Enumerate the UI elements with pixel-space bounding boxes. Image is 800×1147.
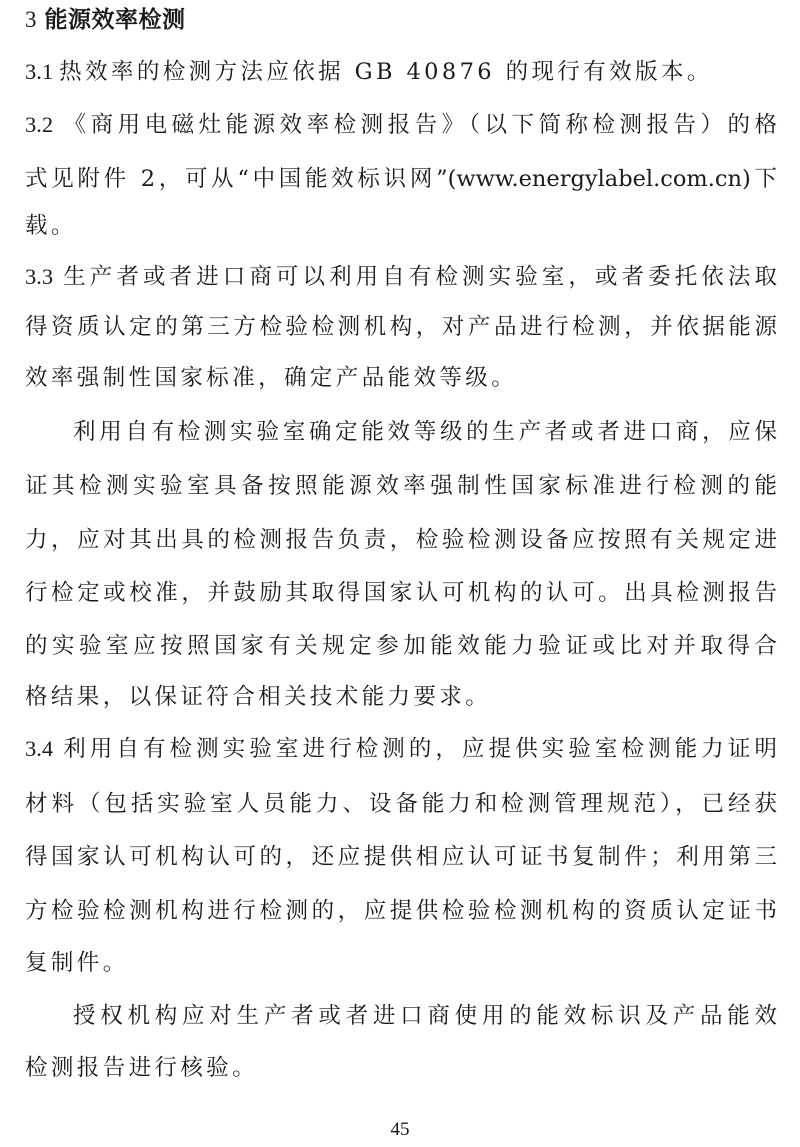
page-number: 45 bbox=[0, 1118, 800, 1142]
clause-text: 载。 bbox=[25, 213, 77, 239]
clause-number: 3.2 bbox=[25, 112, 53, 137]
clause-3-2-line-2: 式见附件 2，可从“中国能效标识网”(www.energylabel.com.c… bbox=[25, 161, 777, 197]
clause-3-3-line-1: 3.3生产者或者进口商可以利用自有检测实验室，或者委托依法取 bbox=[25, 259, 777, 295]
paragraph-self-lab-line-4: 行检定或校准，并鼓励其取得国家认可机构的认可。出具检测报告 bbox=[25, 575, 777, 611]
clause-3-4-line-5: 复制件。 bbox=[25, 945, 777, 981]
paragraph-self-lab-line-1: 利用自有检测实验室确定能效等级的生产者或者进口商，应保 bbox=[73, 414, 777, 450]
document-page: 3能源效率检测 3.1热效率的检测方法应依据 GB 40876 的现行有效版本。… bbox=[0, 0, 800, 1147]
paragraph-text: 证其检测实验室具备按照能源效率强制性国家标准进行检测的能 bbox=[25, 473, 777, 499]
clause-3-3-line-3: 效率强制性国家标准，确定产品能效等级。 bbox=[25, 360, 777, 396]
paragraph-text: 利用自有检测实验室确定能效等级的生产者或者进口商，应保 bbox=[73, 419, 777, 445]
clause-number: 3.1 bbox=[25, 59, 53, 84]
clause-3-4-line-1: 3.4利用自有检测实验室进行检测的，应提供实验室检测能力证明 bbox=[25, 731, 777, 767]
clause-text: 得国家认可机构认可的，还应提供相应认可证书复制件；利用第三 bbox=[25, 844, 777, 870]
paragraph-text: 授权机构应对生产者或者进口商使用的能效标识及产品能效 bbox=[73, 1003, 777, 1029]
paragraph-text: 检测报告进行核验。 bbox=[25, 1055, 258, 1081]
clause-3-1: 3.1热效率的检测方法应依据 GB 40876 的现行有效版本。 bbox=[25, 54, 777, 90]
clause-text: 材料（包括实验室人员能力、设备能力和检测管理规范），已经获 bbox=[25, 791, 777, 817]
clause-3-4-line-3: 得国家认可机构认可的，还应提供相应认可证书复制件；利用第三 bbox=[25, 839, 777, 875]
clause-3-2-line-1: 3.2《商用电磁灶能源效率检测报告》（以下简称检测报告）的格 bbox=[25, 107, 777, 143]
clause-text: 式见附件 2，可从“中国能效标识网”(www.energylabel.com.c… bbox=[25, 166, 777, 192]
paragraph-self-lab-line-6: 格结果，以保证符合相关技术能力要求。 bbox=[25, 679, 777, 715]
clause-3-4-line-2: 材料（包括实验室人员能力、设备能力和检测管理规范），已经获 bbox=[25, 786, 777, 822]
paragraph-verification-line-1: 授权机构应对生产者或者进口商使用的能效标识及产品能效 bbox=[73, 998, 777, 1034]
section-title: 能源效率检测 bbox=[45, 7, 186, 33]
clause-text: 复制件。 bbox=[25, 950, 129, 976]
clause-text: 利用自有检测实验室进行检测的，应提供实验室检测能力证明 bbox=[59, 736, 777, 762]
clause-text: 效率强制性国家标准，确定产品能效等级。 bbox=[25, 365, 517, 391]
paragraph-text: 行检定或校准，并鼓励其取得国家认可机构的认可。出具检测报告 bbox=[25, 580, 777, 606]
clause-number: 3.4 bbox=[25, 736, 53, 761]
clause-text: 生产者或者进口商可以利用自有检测实验室，或者委托依法取 bbox=[59, 264, 777, 290]
paragraph-self-lab-line-3: 力，应对其出具的检测报告负责，检验检测设备应按照有关规定进 bbox=[25, 522, 777, 558]
clause-text: 得资质认定的第三方检验检测机构，对产品进行检测，并依据能源 bbox=[25, 314, 777, 340]
clause-3-4-line-4: 方检验检测机构进行检测的，应提供检验检测机构的资质认定证书 bbox=[25, 893, 777, 929]
paragraph-text: 的实验室应按照国家有关规定参加能效能力验证或比对并取得合 bbox=[25, 633, 777, 659]
clause-text: 《商用电磁灶能源效率检测报告》（以下简称检测报告）的格 bbox=[59, 112, 777, 138]
paragraph-self-lab-line-5: 的实验室应按照国家有关规定参加能效能力验证或比对并取得合 bbox=[25, 628, 777, 664]
section-heading: 3能源效率检测 bbox=[25, 2, 186, 38]
clause-text: 热效率的检测方法应依据 GB 40876 的现行有效版本。 bbox=[59, 59, 713, 85]
clause-3-2-line-3: 载。 bbox=[25, 208, 777, 244]
paragraph-text: 格结果，以保证符合相关技术能力要求。 bbox=[25, 684, 491, 710]
paragraph-text: 力，应对其出具的检测报告负责，检验检测设备应按照有关规定进 bbox=[25, 527, 777, 553]
section-number: 3 bbox=[25, 7, 37, 32]
clause-number: 3.3 bbox=[25, 264, 53, 289]
clause-text: 方检验检测机构进行检测的，应提供检验检测机构的资质认定证书 bbox=[25, 898, 777, 924]
paragraph-verification-line-2: 检测报告进行核验。 bbox=[25, 1050, 777, 1086]
clause-3-3-line-2: 得资质认定的第三方检验检测机构，对产品进行检测，并依据能源 bbox=[25, 309, 777, 345]
paragraph-self-lab-line-2: 证其检测实验室具备按照能源效率强制性国家标准进行检测的能 bbox=[25, 468, 777, 504]
